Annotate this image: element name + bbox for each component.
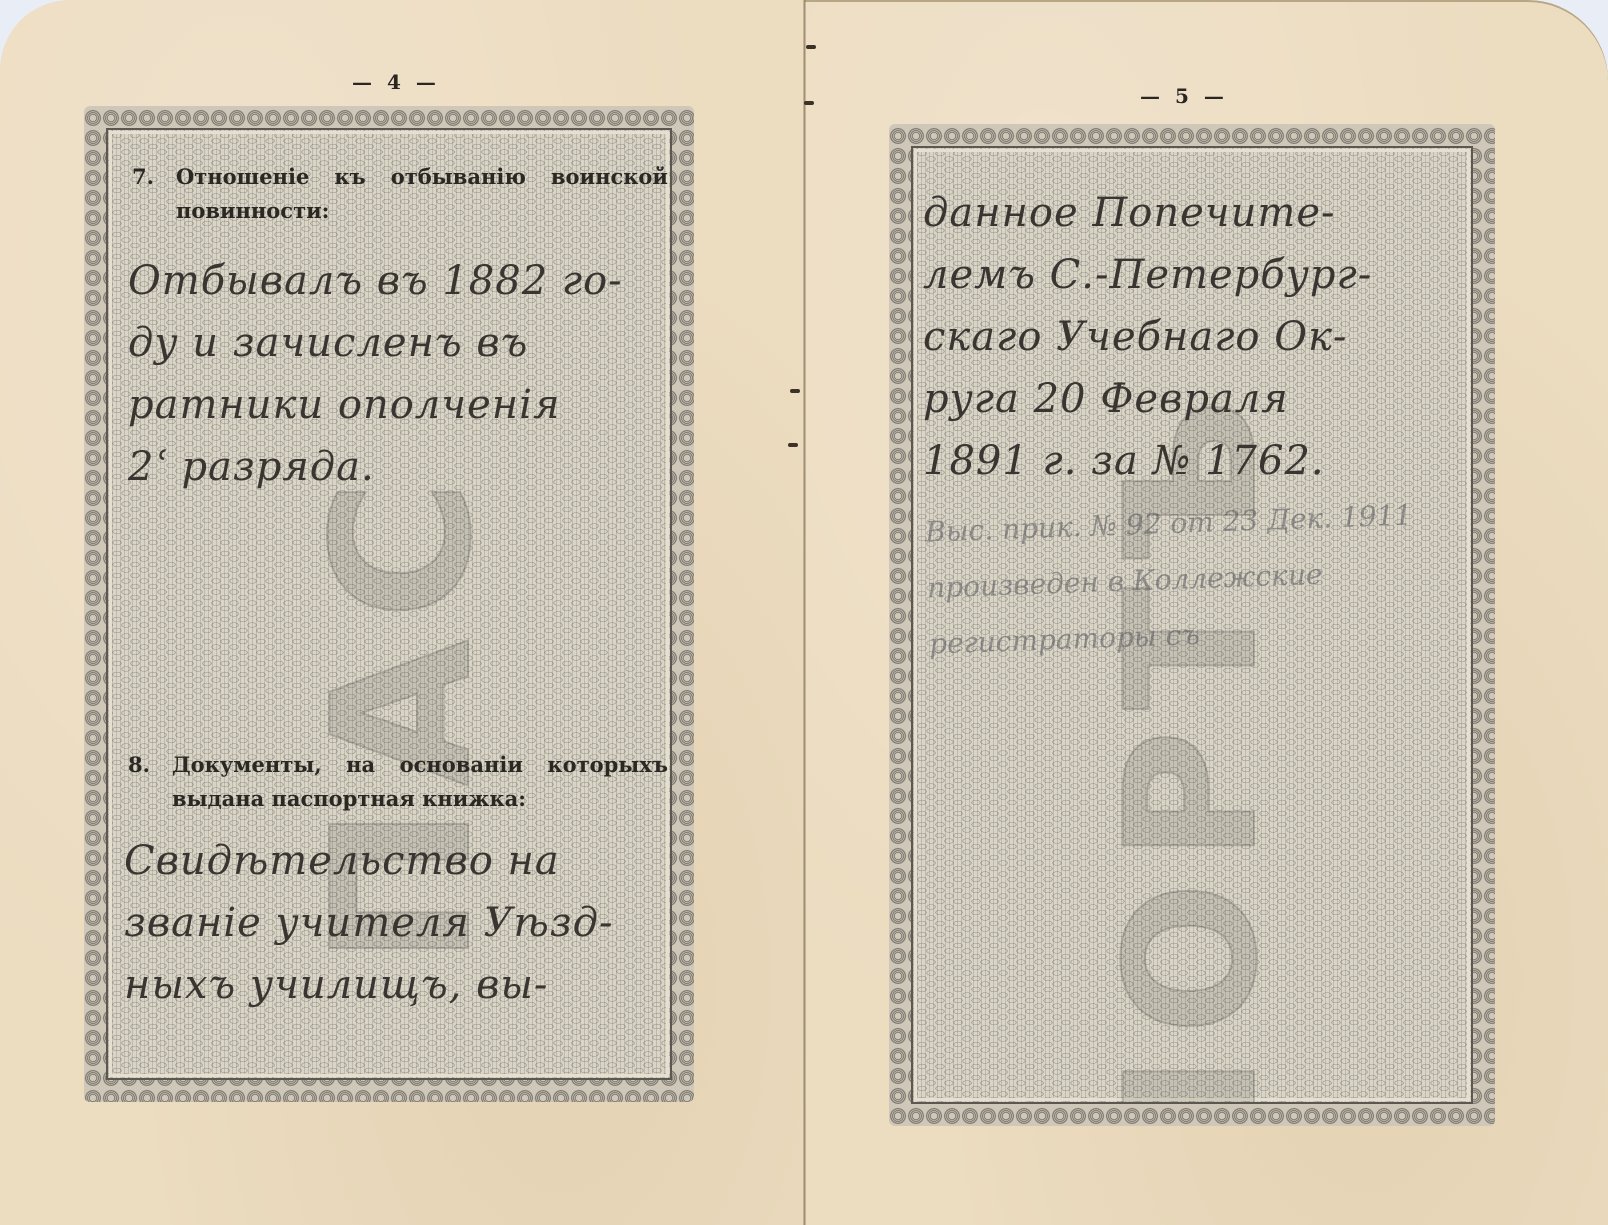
right-guilloche-frame: ПОРТЪ данное Попечите- лемъ С.-Петербург… bbox=[889, 124, 1495, 1126]
handwritten-line: руга 20 Февраля bbox=[923, 368, 1372, 430]
field-7-heading: 7. Отношеніе къ отбыванію воинской повин… bbox=[132, 160, 668, 228]
page-number-4: — 4 — bbox=[352, 70, 440, 94]
page-number-5: — 5 — bbox=[1140, 84, 1228, 108]
handwritten-line: ратники ополченія bbox=[128, 374, 623, 436]
passport-booklet-spread: — 4 — ПАС 7. Отношеніе къ отбыванію воин… bbox=[0, 0, 1608, 1225]
handwritten-line: Свидѣтельство на bbox=[124, 830, 613, 892]
booklet-spine bbox=[803, 0, 806, 1225]
handwritten-line: званіе учителя Уѣзд- bbox=[124, 892, 613, 954]
left-page: — 4 — ПАС 7. Отношеніе къ отбыванію воин… bbox=[0, 0, 805, 1225]
field-7-handwritten-entry: Отбывалъ въ 1882 го- ду и зачисленъ въ р… bbox=[128, 250, 623, 498]
right-page: — 5 — ПОРТЪ данное Попечите- лемъ С.-Пет… bbox=[805, 0, 1608, 1225]
left-guilloche-frame: ПАС 7. Отношеніе къ отбыванію воинской п… bbox=[84, 106, 694, 1102]
field-8-heading: 8. Документы, на основаніи которыхъ выда… bbox=[128, 748, 668, 816]
handwritten-line: ду и зачисленъ въ bbox=[128, 312, 623, 374]
binding-stitch bbox=[806, 45, 816, 49]
field-7-label: Отношеніе къ отбыванію воинской повиннос… bbox=[132, 160, 668, 228]
binding-stitch bbox=[788, 443, 798, 447]
field-8-label: Документы, на основаніи которыхъ выдана … bbox=[128, 748, 668, 816]
handwritten-line: скаго Учебнаго Ок- bbox=[923, 306, 1372, 368]
binding-stitch bbox=[790, 389, 800, 393]
pencil-annotation: Выс. прик. № 92 от 23 Дек. 1911 произвед… bbox=[924, 488, 1417, 673]
field-8-handwritten-entry: Свидѣтельство на званіе учителя Уѣзд- ны… bbox=[124, 830, 613, 1016]
field-7-number: 7. bbox=[132, 160, 154, 194]
handwritten-line: лемъ С.-Петербург- bbox=[923, 244, 1372, 306]
right-security-pattern: ПОРТЪ данное Попечите- лемъ С.-Петербург… bbox=[911, 146, 1473, 1104]
handwritten-line: 2ʿ разряда. bbox=[128, 436, 623, 498]
handwritten-line: 1891 г. за № 1762. bbox=[923, 430, 1372, 492]
handwritten-line: данное Попечите- bbox=[923, 182, 1372, 244]
handwritten-line: ныхъ училищъ, вы- bbox=[124, 954, 613, 1016]
field-8-handwritten-continuation: данное Попечите- лемъ С.-Петербург- скаг… bbox=[923, 182, 1372, 492]
handwritten-line: Отбывалъ въ 1882 го- bbox=[128, 250, 623, 312]
binding-stitch bbox=[804, 101, 814, 105]
field-8-number: 8. bbox=[128, 748, 150, 782]
left-security-pattern: ПАС 7. Отношеніе къ отбыванію воинской п… bbox=[106, 128, 672, 1080]
